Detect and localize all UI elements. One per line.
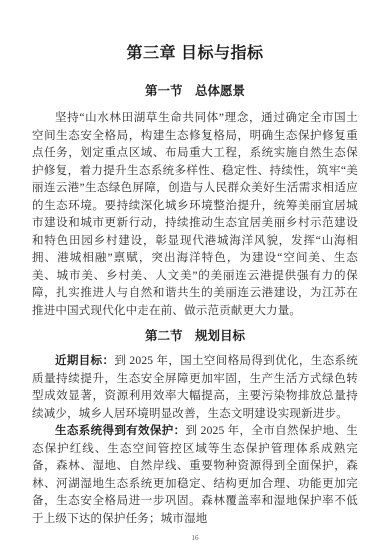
- paragraph-text: 到 2025 年，全市自然保护地、生态保护红线、生态空间管控区域等生态保护管理体…: [32, 425, 358, 525]
- paragraph-near-term-goals: 近期目标：到 2025 年，国土空间格局得到优化，生态系统质量持续提升，生态安全…: [32, 353, 358, 423]
- paragraph-text: 坚持“山水林田湖草生命共同体”理念，通过确定全市国土空间生态安全格局，构建生态修…: [32, 112, 358, 317]
- paragraph-overall-vision: 坚持“山水林田湖草生命共同体”理念，通过确定全市国土空间生态安全格局，构建生态修…: [32, 110, 358, 320]
- section-heading-overall-vision: 第一节 总体愿景: [32, 84, 358, 98]
- section-heading-planning-goals: 第二节 规划目标: [32, 329, 358, 343]
- document-page: 第三章 目标与指标 第一节 总体愿景 坚持“山水林田湖草生命共同体”理念，通过确…: [0, 0, 390, 551]
- paragraph-ecosystem-protection: 生态系统得到有效保护：到 2025 年，全市自然保护地、生态保护红线、生态空间管…: [32, 423, 358, 528]
- chapter-title: 第三章 目标与指标: [32, 44, 358, 64]
- paragraph-lead: 生态系统得到有效保护：: [55, 425, 186, 437]
- paragraph-lead: 近期目标：: [55, 355, 114, 367]
- page-number: 16: [0, 534, 390, 542]
